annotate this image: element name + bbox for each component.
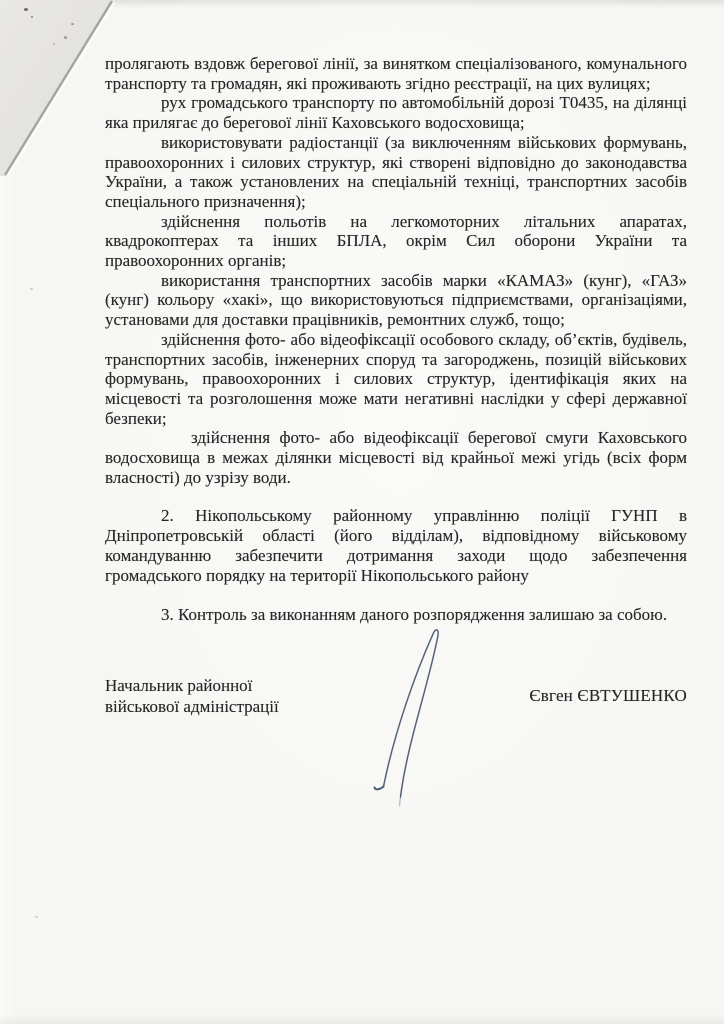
- scan-speck: [71, 23, 74, 25]
- scan-speck: [30, 288, 33, 290]
- body-paragraph: пролягають вздовж берегової лінії, за ви…: [105, 54, 687, 93]
- signatory-title-line1: Начальник районної: [105, 675, 279, 696]
- scan-speck: [24, 8, 28, 11]
- numbered-item-3: 3. Контроль за виконанням даного розпоря…: [105, 605, 687, 625]
- signatory-title: Начальник районної військової адміністра…: [105, 675, 279, 717]
- signatory-title-line2: військової адміністрації: [105, 696, 279, 717]
- body-paragraph: використання транспортних засобів марки …: [105, 271, 687, 330]
- scan-speck: [31, 16, 33, 18]
- body-paragraph: здійснення фото- або відеофіксації особо…: [105, 330, 687, 429]
- signatory-name: Євген ЄВТУШЕНКО: [529, 686, 687, 706]
- body-paragraph: використовувати радіостанції (за виключе…: [105, 133, 687, 212]
- body-paragraph: рух громадського транспорту по автомобіл…: [105, 93, 687, 132]
- signature-block: Начальник районної військової адміністра…: [105, 675, 687, 717]
- scan-speck: [35, 916, 38, 918]
- document-text-block: пролягають вздовж берегової лінії, за ви…: [105, 54, 687, 717]
- body-paragraph: здійснення польотів на легкомоторних літ…: [105, 212, 687, 271]
- scanned-document-page: пролягають вздовж берегової лінії, за ви…: [0, 0, 724, 1024]
- body-paragraph: здійснення фото- або відеофіксації берег…: [105, 428, 687, 487]
- numbered-item-2: 2. Нікопольському районному управлінню п…: [105, 506, 687, 585]
- scan-speck: [53, 43, 55, 45]
- scan-speck: [64, 36, 67, 39]
